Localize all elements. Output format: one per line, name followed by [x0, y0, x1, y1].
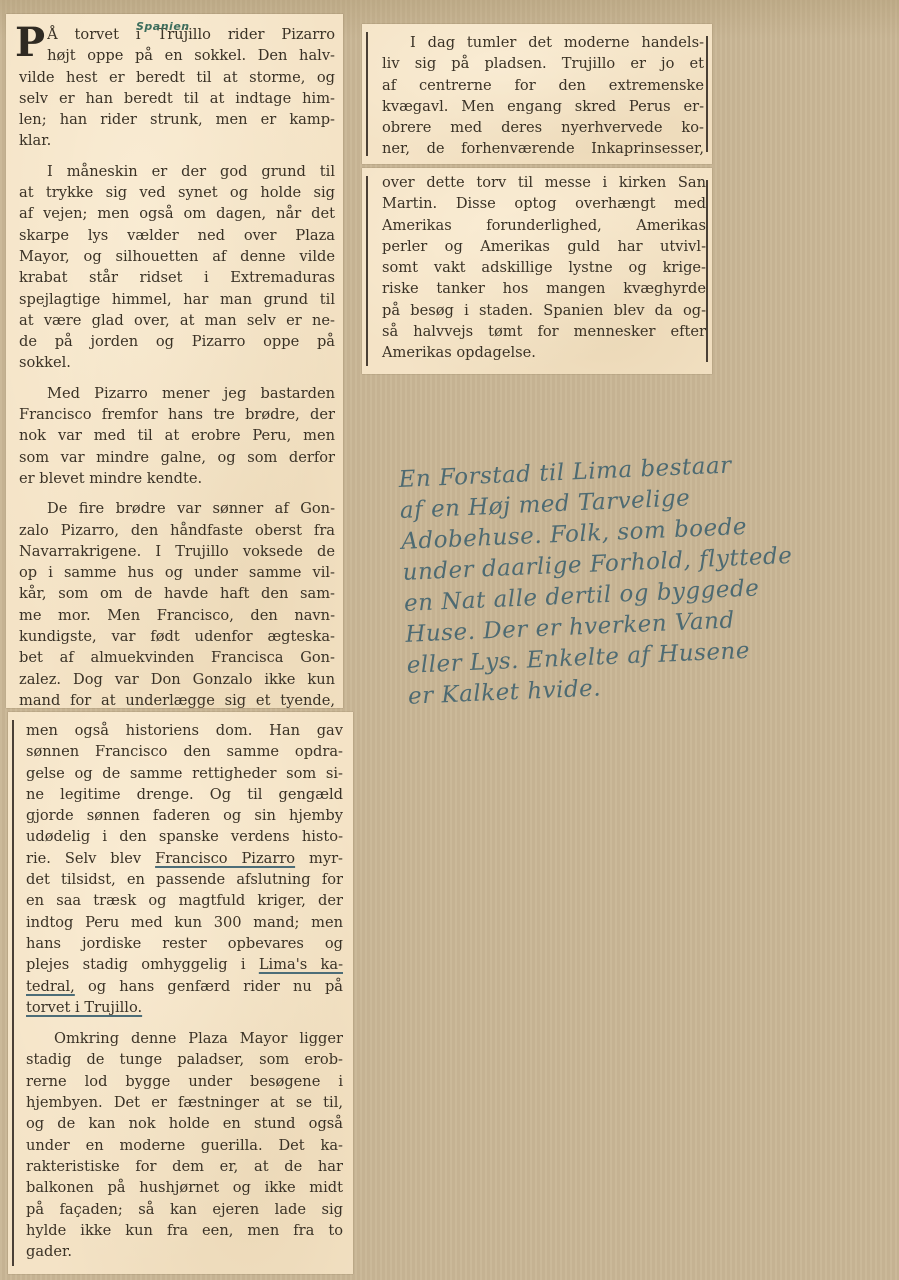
handwritten-note: En Forstad til Lima bestaar af en Høj me…	[398, 443, 899, 713]
text-line: ne legitime drenge. Og til gengæld	[26, 784, 343, 805]
text-line: hylde ikke kun fra een, men fra to	[26, 1220, 343, 1241]
text-fragment: og hans genfærd rider nu på	[88, 978, 343, 995]
newspaper-clipping-4: over dette torv til messe i kirken San M…	[362, 168, 712, 374]
text-line: gelse og de samme rettigheder som si-	[26, 763, 343, 784]
text-line: på façaden; så kan ejeren lade sig	[26, 1199, 343, 1220]
text-line: Francisco fremfor hans tre brødre, der	[19, 404, 335, 425]
text-line: somt vakt adskillige lystne og krige-	[382, 257, 706, 278]
text-line: under en moderne guerilla. Det ka-	[26, 1135, 343, 1156]
text-line: hans jordiske rester opbevares og	[26, 933, 343, 954]
text-line: stadig de tunge paladser, som erob-	[26, 1049, 343, 1070]
text-line: selv er han beredt til at indtage him-	[19, 88, 335, 109]
newspaper-clipping-3: I dag tumler det moderne handels- liv si…	[362, 24, 712, 164]
text-line: obrere med deres nyerhvervede ko-	[382, 117, 704, 138]
text-line: op i samme hus og under samme vil-	[19, 562, 335, 583]
newspaper-clipping-1: Spanien P Å torvet i Trujillo rider Piza…	[6, 14, 343, 708]
text-line: Amerikas opdagelse.	[382, 342, 706, 363]
text-line: indtog Peru med kun 300 mand; men	[26, 912, 343, 933]
text-line: gjorde sønnen faderen og sin hjemby	[26, 805, 343, 826]
text-line: kvægavl. Men engang skred Perus er-	[382, 96, 704, 117]
text-line: rakteristiske for dem er, at de har	[26, 1156, 343, 1177]
text-line: af centrerne for den extremenske	[382, 75, 704, 96]
underlined-place: tedral,	[26, 978, 75, 995]
text-line: kundigste, var født udenfor ægteska-	[19, 626, 335, 647]
text-line: udødelig i den spanske verdens histo-	[26, 826, 343, 847]
text-line: det tilsidst, en passende afslutning for	[26, 869, 343, 890]
text-line: spejlagtige himmel, har man grund til	[19, 289, 335, 310]
text-line: sønnen Francisco den samme opdra-	[26, 741, 343, 762]
text-line: riske tanker hos mangen kvæghyrde	[382, 278, 706, 299]
handwritten-annotation: Spanien	[136, 16, 190, 37]
text-line: skarpe lys vælder ned over Plaza	[19, 225, 335, 246]
text-fragment: rie. Selv blev	[26, 850, 141, 867]
text-line: Martin. Disse optog overhængt med	[382, 193, 706, 214]
text-line: rerne lod bygge under besøgene i	[26, 1071, 343, 1092]
text-line: I dag tumler det moderne handels-	[382, 32, 704, 53]
text-line: me mor. Men Francisco, den navn-	[19, 605, 335, 626]
text-line: bet af almuekvinden Francisca Gon-	[19, 647, 335, 668]
text-line: mand for at underlægge sig et tyende,	[19, 690, 335, 711]
text-line: kår, som om de havde haft den sam-	[19, 583, 335, 604]
text-line: plejes stadig omhyggelig i Lima's ka-	[26, 954, 343, 975]
text-line: men også historiens dom. Han gav	[26, 720, 343, 741]
text-line: klar.	[19, 130, 335, 151]
text-line: en saa træsk og magtfuld kriger, der	[26, 890, 343, 911]
text-line: len; han rider strunk, men er kamp-	[19, 109, 335, 130]
text-line: ner, de forhenværende Inkaprinsesser,	[382, 138, 704, 159]
text-line: og de kan nok holde en stund også	[26, 1113, 343, 1134]
text-line: højt oppe på en sokkel. Den halv-	[19, 45, 335, 66]
text-line: perler og Amerikas guld har utvivl-	[382, 236, 706, 257]
text-line: balkonen på hushjørnet og ikke midt	[26, 1177, 343, 1198]
text-line: tedral, og hans genfærd rider nu på	[26, 976, 343, 997]
text-line: zalo Pizarro, den håndfaste oberst fra	[19, 520, 335, 541]
underlined-place: torvet i Trujillo.	[26, 999, 142, 1016]
text-line: sokkel.	[19, 352, 335, 373]
text-line: af vejen; men også om dagen, når det	[19, 203, 335, 224]
text-line: Amerikas forunderlighed, Amerikas	[382, 215, 706, 236]
text-line: vilde hest er beredt til at storme, og	[19, 67, 335, 88]
drop-cap: P	[15, 26, 45, 60]
underlined-name: Francisco Pizarro	[155, 850, 295, 867]
text-line: Omkring denne Plaza Mayor ligger	[26, 1028, 343, 1049]
text-line: krabat står ridset i Extremaduras	[19, 267, 335, 288]
text-line: De fire brødre var sønner af Gon-	[19, 498, 335, 519]
text-fragment: plejes stadig omhyggelig i	[26, 956, 246, 973]
text-line: som var mindre galne, og som derfor	[19, 447, 335, 468]
text-line: at være glad over, at man selv er ne-	[19, 310, 335, 331]
text-line: at trykke sig ved synet og holde sig	[19, 182, 335, 203]
underlined-place: Lima's ka-	[259, 956, 343, 973]
text-line: de på jorden og Pizarro oppe på	[19, 331, 335, 352]
text-line: zalez. Dog var Don Gonzalo ikke kun	[19, 669, 335, 690]
text-line: torvet i Trujillo.	[26, 997, 343, 1018]
text-line: hjembyen. Det er fæstninger at se til,	[26, 1092, 343, 1113]
text-line: I måneskin er der god grund til	[19, 161, 335, 182]
text-line: over dette torv til messe i kirken San	[382, 172, 706, 193]
text-line: på besøg i staden. Spanien blev da og-	[382, 300, 706, 321]
text-line: så halvvejs tømt for mennesker efter	[382, 321, 706, 342]
text-line: er blevet mindre kendte.	[19, 468, 335, 489]
text-line: Med Pizarro mener jeg bastarden	[19, 383, 335, 404]
text-line: liv sig på pladsen. Trujillo er jo et	[382, 53, 704, 74]
text-line: Navarrakrigene. I Trujillo voksede de	[19, 541, 335, 562]
text-line: rie. Selv blev Francisco Pizarro myr-	[26, 848, 343, 869]
text-fragment: myr-	[309, 850, 343, 867]
text-line: Mayor, og silhouetten af denne vilde	[19, 246, 335, 267]
text-line: nok var med til at erobre Peru, men	[19, 425, 335, 446]
text-line: gader.	[26, 1241, 343, 1262]
newspaper-clipping-2: men også historiens dom. Han gav sønnen …	[8, 712, 353, 1274]
